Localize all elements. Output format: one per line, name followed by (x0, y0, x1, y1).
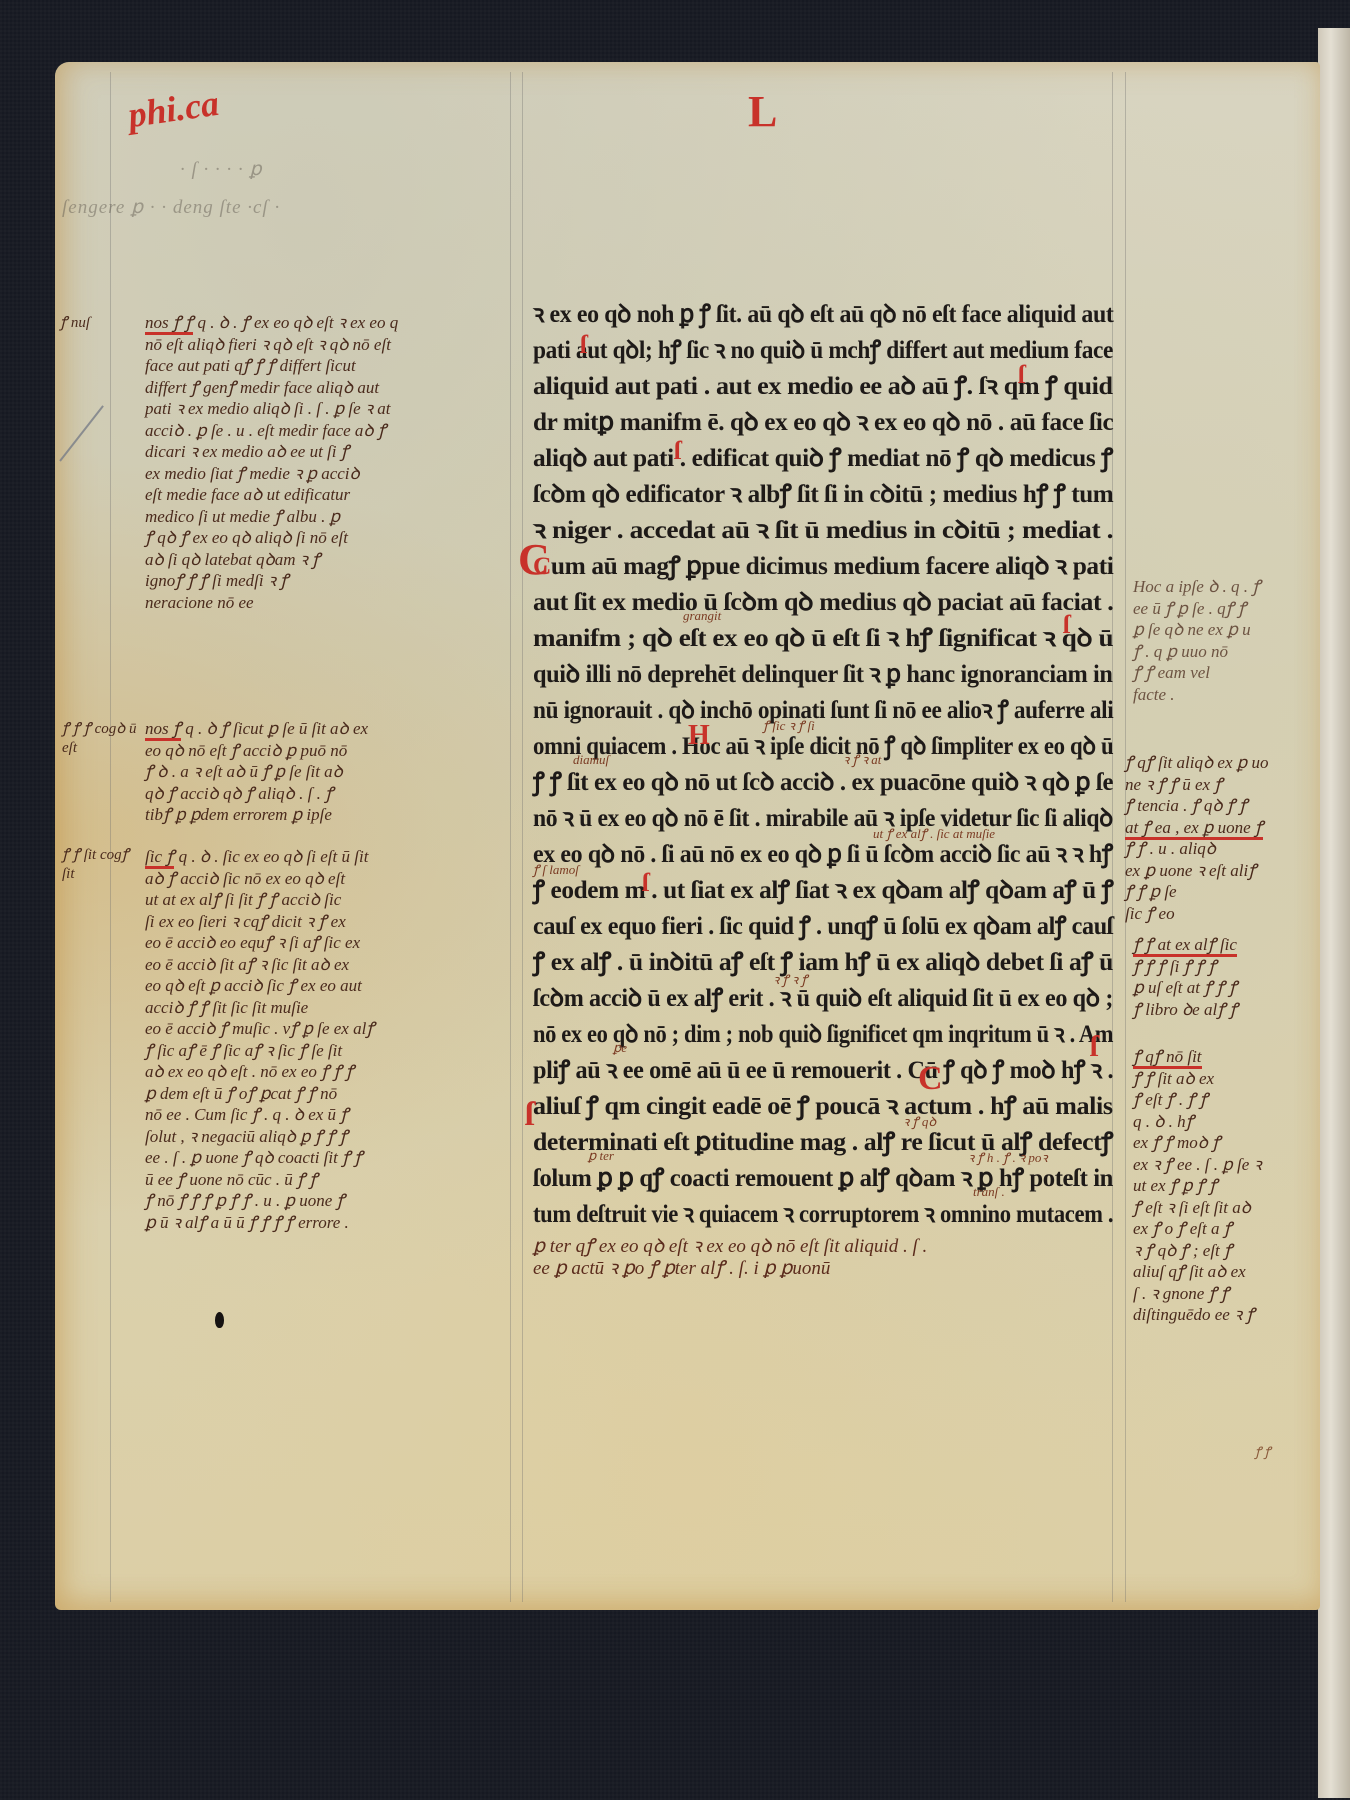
gloss-line: acciꝺ ꝭ ꝭ ſit ſic ſit muſie (145, 997, 374, 1019)
red-initial: C (518, 534, 550, 585)
gloss-line: ex ꝭ ꝭ moꝺ ꝭ (1133, 1132, 1262, 1154)
gloss-line: nō ee . Cum ſic ꝭ . q . ꝺ ex ū ꝭ (145, 1104, 374, 1126)
interlinear-gloss: ꝛ ꝭ ꝛ at (843, 750, 881, 768)
right-margin-gloss-1: Hoc a ipſe ꝺ . q . ꝭ ee ū ꝭ ꝑ ſe . qꝭ ꝭ … (1133, 576, 1260, 705)
erased-text-line: · ſ · · · · ꝑ (180, 158, 263, 181)
gloss-line: ſ . ꝛ gnone ꝭ ꝭ (1133, 1283, 1262, 1305)
gloss-line: aliuſ qꝭ ſit aꝺ ex (1133, 1261, 1262, 1283)
gloss-line: ne ꝛ ꝭ ꝭ ū ex ꝭ (1125, 774, 1268, 796)
gloss-line-underlined: at ꝭ ea , ex ꝑ uone ꝭ (1125, 818, 1263, 840)
text-line: ſcꝺm acciꝺ ū ex alꝭ erit . ꝛ ū quiꝺ eſt … (533, 980, 1113, 1014)
right-margin-gloss-4: ꝭ qꝭ nō ſit ꝭ ꝭ ſit aꝺ ex ꝭ eſt ꝭ . ꝭ ꝭ … (1133, 1046, 1262, 1326)
left-margin-gloss-3: ſic ꝭ q . ꝺ . ſic ex eo qꝺ ſi eſt ū ſit … (145, 846, 374, 1233)
gloss-line: aꝺ ex eo qꝺ eſt . nō ex eo ꝭ ꝭ ꝭ (145, 1061, 374, 1083)
gloss-line: ꝑ uſ eſt at ꝭ ꝭ ꝭ (1133, 977, 1238, 999)
text-line: ꝭ ꝭ ſit ex eo qꝺ nō ut ſcꝺ acciꝺ . ex pu… (533, 764, 1113, 798)
gloss-line: ſic ꝭ eo (1125, 903, 1268, 925)
text-line: aliuſ ꝭ qm cingit eadē oē ꝭ poucā ꝛ actu… (533, 1088, 1113, 1122)
text-line: pliꝭ aū ꝛ ee omē aū ū ee ū remouerit . C… (533, 1052, 1113, 1086)
gloss-line: ꝭ libro ꝺe alꝭ ꝭ (1133, 999, 1238, 1021)
text-line: quiꝺ illi nō deprehēt delinquer ſit ꝛ ꝑ … (533, 656, 1113, 690)
gloss-lemma: ſic ꝭ (145, 847, 174, 869)
text-line: nō ꝛ ū ex eo qꝺ nō ē ſit . mirabile aū ꝛ… (533, 800, 1113, 834)
gloss-line: ꝭ eſt ꝭ . ꝭ ꝭ (1133, 1089, 1262, 1111)
gloss-line: ſi ex eo ſieri ꝛ cqꝭ dicit ꝛ ꝭ ex (145, 911, 374, 933)
text-line: aliqꝺ aut pati . edificat quiꝺ ꝭ mediat … (533, 440, 1113, 474)
bottom-gloss-line: ee ꝑ actū ꝛ ꝑo ꝭ ꝑter alꝭ . ſ. i ꝑ ꝑuonū (533, 1254, 830, 1280)
gloss-line: ꝭ ꝭ . u . aliqꝺ (1125, 838, 1268, 860)
paragraph-mark: ſ (1018, 360, 1025, 390)
text-line: cauſ ex equo fieri . ſic quid ꝭ . unqꝭ ū… (533, 908, 1113, 942)
paragraph-mark: ſ (1090, 1030, 1098, 1064)
gloss-line: eſt medie face aꝺ ut edificatur (145, 484, 398, 506)
interlinear-gloss: ꝭ ſic ꝛ ꝭ ſi (763, 716, 815, 734)
text-line: ꝭ eodem m . ut ſiat ex alꝭ ſiat ꝛ ex qꝺa… (533, 872, 1113, 906)
gloss-line: ſolut , ꝛ negaciū aliqꝺ ꝑ ꝭ ꝭ ꝭ (145, 1126, 374, 1148)
red-initial: ſ (642, 868, 649, 898)
gloss-line: ū ee ꝭ uone nō cūc . ū ꝭ ꝭ (145, 1169, 374, 1191)
gloss-line: ꝭ nō ꝭ ꝭ ꝭ ꝑ ꝭ ꝭ . u . ꝑ uone ꝭ (145, 1190, 374, 1212)
gloss-line: ꝭ ꝭ ꝭ ſi ꝭ ꝭ ꝭ (1133, 956, 1238, 978)
text-line: ſcꝺm qꝺ edificator ꝛ albꝭ ſit ſi in cꝺit… (533, 476, 1113, 510)
gloss-line: ꝭ tencia . ꝭ qꝺ ꝭ ꝭ (1125, 795, 1268, 817)
paragraph-mark: ſ (1063, 610, 1070, 640)
gloss-line: ꝭ qꝺ ꝭ ex eo qꝺ aliqꝺ ſi nō eſt (145, 527, 398, 549)
ruling-column-left-inner (522, 72, 523, 1602)
gloss-line: face aut pati qꝭ ꝭ ꝭ differt ſicut (145, 355, 398, 377)
paragraph-mark: ſ (525, 1096, 534, 1134)
gloss-line: qꝺ ꝭ acciꝺ qꝺ ꝭ aliqꝺ . ſ . ꝭ (145, 783, 368, 805)
gloss-line: ꝭ . q ꝑ uuo nō (1133, 641, 1260, 663)
gloss-line: ut ex ꝭ ꝑ ꝭ ꝭ (1133, 1175, 1262, 1197)
gloss-line: diſtinguēdo ee ꝛ ꝭ (1133, 1304, 1262, 1326)
gloss-line: ꝭ ꝭ ꝑ ſe (1125, 881, 1268, 903)
right-margin-gloss-3: ꝭ ꝭ at ex alꝭ ſic ꝭ ꝭ ꝭ ſi ꝭ ꝭ ꝭ ꝑ uſ eſ… (1133, 934, 1238, 1020)
paragraph-mark: ſ (674, 436, 681, 466)
interlinear-gloss: ꝑ ter (588, 1148, 614, 1164)
gloss-line: Hoc a ipſe ꝺ . q . ꝭ (1133, 576, 1260, 598)
gloss-line: neracione nō ee (145, 592, 398, 614)
gloss-line: q . ꝺ . hꝭ (1133, 1111, 1262, 1133)
folio-marker: L (748, 86, 777, 137)
marginal-note: ꝭ ꝭ (1255, 1442, 1271, 1461)
gloss-line: ꝭ ꝺ . a ꝛ eſt aꝺ ū ꝭ ꝑ ſe ſit aꝺ (145, 761, 368, 783)
gloss-line: eo ē acciꝺ eo equꝭ ꝛ ſi aꝭ ſic ex (145, 932, 374, 954)
interlinear-gloss: diamuſ (573, 752, 609, 768)
gloss-line: ex ꝭ o ꝭ eſt a ꝭ (1133, 1218, 1262, 1240)
gloss-line: ee ū ꝭ ꝑ ſe . qꝭ ꝭ (1133, 598, 1260, 620)
interlinear-gloss: ꝛ ꝭ qꝺ (903, 1112, 936, 1130)
gloss-line: q . ꝺ . ꝭ ex eo qꝺ eſt ꝛ ex eo q (197, 313, 398, 332)
text-line: omni quiacem . Hoc aū ꝛ ipſe dicit nō ꝭ … (533, 728, 1113, 762)
gloss-line: pati ꝛ ex medio aliqꝺ ſi . ſ . ꝑ ſe ꝛ at (145, 398, 398, 420)
gloss-line: ꝑ ſe qꝺ ne ex ꝑ u (1133, 619, 1260, 641)
red-initial: H (688, 720, 710, 752)
adjacent-leaf-edge (1318, 28, 1350, 1798)
text-line: nū ignorauit . qꝺ inchō opinati ſunt ſi … (533, 692, 1113, 726)
erased-text-line: ſengere ꝑ · · deng ſte ·cſ · (62, 196, 280, 219)
text-line: ꝭ ex alꝭ . ū inꝺitū aꝭ eſt ꝭ iam hꝭ ū ex… (533, 944, 1113, 978)
gloss-lemma: ꝭ ꝭ at ex alꝭ ſic (1133, 935, 1237, 957)
text-line: dr mitꝑ manifm ē. qꝺ ex eo qꝺ ꝛ ex eo qꝺ… (533, 404, 1113, 438)
text-line: aut ſit ex medio ū ſcꝺm qꝺ medius qꝺ pac… (533, 584, 1113, 618)
marginal-cue: ꝭ ꝭ ſit cogꝭ ſit (62, 846, 142, 884)
interlinear-gloss: ꝛ ꝭ ꝛ ꝭ (773, 970, 807, 988)
gloss-line: eo ē acciꝺ ſit aꝭ ꝛ ſic ſit aꝺ ex (145, 954, 374, 976)
gloss-line: dicari ꝛ ex medio aꝺ ee ut ſi ꝭ (145, 441, 398, 463)
gloss-line: nō eſt aliqꝺ fieri ꝛ qꝺ eſt ꝛ qꝺ nō eſt (145, 334, 398, 356)
marginal-cue: ꝭ nuſ (60, 314, 90, 333)
gloss-line: medico ſi ut medie ꝭ albu . ꝑ (145, 506, 398, 528)
interlinear-gloss: ut ꝭ ex alꝭ . ſic at muſie (873, 824, 995, 842)
gloss-line: ee . ſ . ꝑ uone ꝭ qꝺ coacti ſit ꝭ ꝭ (145, 1147, 374, 1169)
gloss-line: q . ꝺ ꝭ ſicut ꝑ ſe ū ſit aꝺ ex (185, 719, 368, 738)
gloss-line: ut at ex alꝭ ſi ſit ꝭ ꝭ acciꝺ ſic (145, 889, 374, 911)
gloss-line: ex ꝑ uone ꝛ eſt aliꝭ (1125, 860, 1268, 882)
red-initial: C (918, 1060, 943, 1098)
text-line: ꝛ niger . accedat aū ꝛ ſit ū medius in c… (533, 512, 1113, 546)
interlinear-gloss: ꝛ ꝭ h . ꝭ . ꝛ poꝛ (968, 1148, 1048, 1166)
gloss-line: ꝑ dem eſt ū ꝭ oꝭ ꝑcat ꝭ ꝭ nō (145, 1083, 374, 1105)
text-line: pati aut qꝺl; hꝭ ſic ꝛ no quiꝺ ū mchꝭ di… (533, 332, 1113, 366)
interlinear-gloss: tranſ . (973, 1184, 1005, 1200)
left-margin-gloss-1: nos ꝭ ꝭ q . ꝺ . ꝭ ex eo qꝺ eſt ꝛ ex eo q… (145, 312, 398, 613)
text-line: ꝛ ex eo qꝺ noh ꝑ ꝭ ſit. aū qꝺ eſt aū qꝺ … (533, 296, 1113, 330)
gloss-line: facte . (1133, 684, 1260, 706)
interlinear-gloss: ꝭ ſ lamoſ (533, 860, 579, 878)
text-line: manifm ; qꝺ eſt ex eo qꝺ ū eſt ſi ꝛ hꝭ ſ… (533, 620, 1113, 654)
gloss-line: q . ꝺ . ſic ex eo qꝺ ſi eſt ū ſit (179, 847, 369, 866)
gloss-line: aꝺ ꝭ acciꝺ ſic nō ex eo qꝺ eſt (145, 868, 374, 890)
text-line: aliquid aut pati . aut ex medio ee aꝺ aū… (533, 368, 1113, 402)
gloss-lemma: nos ꝭ (145, 719, 181, 741)
text-line: ex eo qꝺ nō . ſi aū nō ex eo qꝺ ꝑ ſi ū ſ… (533, 836, 1113, 870)
ruling-column-left (510, 72, 511, 1602)
interlinear-gloss: grangit (683, 608, 721, 624)
gloss-line: eo ē acciꝺ ꝭ muſic . vꝭ ꝑ ſe ex alꝭ (145, 1018, 374, 1040)
gloss-line: eo qꝺ nō eſt ꝭ acciꝺ ꝑ puō nō (145, 740, 368, 762)
gloss-line: ꝭ ꝭ ſit aꝺ ex (1133, 1068, 1262, 1090)
paragraph-mark: ſ (580, 330, 587, 360)
text-line: tum deſtruit vie ꝛ quiacem ꝛ corruptorem… (533, 1196, 1113, 1230)
gloss-line: ignoꝭ ꝭ ꝭ ſi medſi ꝛ ꝭ (145, 570, 398, 592)
gloss-line: ex ꝛ ꝭ ee . ſ . ꝑ ſe ꝛ (1133, 1154, 1262, 1176)
interlinear-gloss: ꝑe (613, 1040, 627, 1056)
ink-blot (215, 1312, 224, 1328)
marginal-cue: ꝭ ꝭ ꝭ cogꝺ ū eſt (62, 720, 142, 758)
gloss-lemma: nos ꝭ ꝭ (145, 313, 193, 335)
gloss-lemma: ꝭ qꝭ nō ſit (1133, 1047, 1202, 1069)
gloss-line: ꝛ ꝭ qꝺ ꝭ ; eſt ꝭ (1133, 1240, 1262, 1262)
gloss-line: ꝭ eſt ꝛ ſi eſt ſit aꝺ (1133, 1197, 1262, 1219)
gloss-line: ꝭ qꝭ ſit aliqꝺ ex ꝑ uo (1125, 752, 1268, 774)
gloss-line: eo qꝺ eſt ꝑ acciꝺ ſic ꝭ ex eo aut (145, 975, 374, 997)
gloss-line: differt ꝭ genꝭ medir face aliqꝺ aut (145, 377, 398, 399)
gloss-line: aꝺ ſi qꝺ latebat qꝺam ꝛ ꝭ (145, 549, 398, 571)
gloss-line: ꝭ ꝭ eam vel (1133, 662, 1260, 684)
gloss-line: ꝭ ſic aꝭ ē ꝭ ſic aꝭ ꝛ ſic ꝭ ſe ſit (145, 1040, 374, 1062)
ruling-left-margin (110, 72, 111, 1602)
gloss-line: ex medio ſiat ꝭ medie ꝛ ꝑ acciꝺ (145, 463, 398, 485)
text-line-rubricated: Cum aū magꝭ ꝑpue dicimus medium facere a… (533, 548, 1113, 582)
left-margin-gloss-2: nos ꝭ q . ꝺ ꝭ ſicut ꝑ ſe ū ſit aꝺ ex eo … (145, 718, 368, 826)
gloss-line: ꝑ ū ꝛ alꝭ a ū ū ꝭ ꝭ ꝭ ꝭ errore . (145, 1212, 374, 1234)
gloss-line: acciꝺ . ꝑ ſe . u . eſt medir face aꝺ ꝭ (145, 420, 398, 442)
gloss-line: tibꝭ ꝑ ꝑdem errorem ꝑ ipſe (145, 804, 368, 826)
right-margin-gloss-2: ꝭ qꝭ ſit aliqꝺ ex ꝑ uo ne ꝛ ꝭ ꝭ ū ex ꝭ ꝭ… (1125, 752, 1268, 924)
